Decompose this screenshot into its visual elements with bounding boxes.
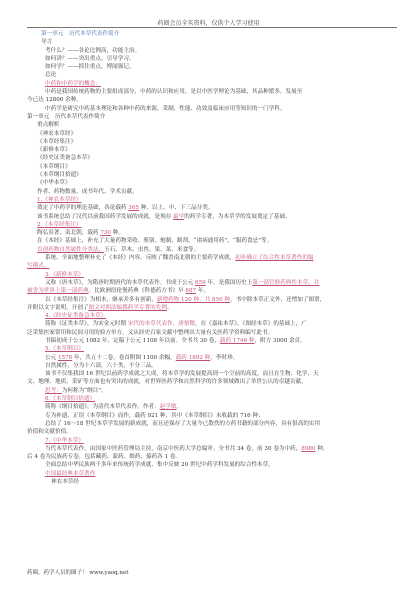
intro-item: 考什么？——各论比例高，功能主治。 xyxy=(27,47,397,55)
page-header: 药圈会员全买资料，仅供个人学习使用 xyxy=(0,18,417,27)
intro-label: 导言 xyxy=(27,38,397,46)
book-item: 《经史证类备急本草》 xyxy=(27,154,397,162)
page-footer: 药圈，药学人员的圈子！ www.yaoq.net xyxy=(27,568,128,576)
highlight: 659 xyxy=(195,280,206,286)
highlight: 365 xyxy=(128,205,139,211)
text: 年。 xyxy=(196,288,209,294)
highlight: 1578 xyxy=(58,355,72,361)
text: 的药学专著，为本草学的发展奠定了基础。 xyxy=(184,214,290,220)
highlight: 被誉为世界上第一部药典 xyxy=(27,288,89,294)
highlight: 第一部官修药典性本草，并 xyxy=(252,280,319,286)
general-label: 总论 xyxy=(27,71,397,79)
document-body: 第一单元 历代本草代表作简介 导言 考什么？——各论比例高，功能主治。 如何讲？… xyxy=(27,30,397,486)
text: ，李时珍。 xyxy=(210,355,238,361)
text: 陶弘景著，南北朝，载药 xyxy=(37,230,100,236)
section-title[interactable]: 5.《本草纲目》 xyxy=(45,346,84,352)
text: ，书中除本草正文外，还增加了图谱， xyxy=(230,297,325,303)
classics-title[interactable]: 中国最经典本草著作 xyxy=(45,471,95,477)
highlight: 初步确立了综合性本草著作的编 xyxy=(235,255,313,261)
section-title[interactable]: 3.《新修本草》 xyxy=(45,272,84,278)
text: 自然属性，分为十六部，六十类，不分三品。 xyxy=(27,362,397,370)
text: 书稿初成于公元 1082 年，定稿于公元 1108 年以前。全书共 30 卷， xyxy=(45,338,220,344)
section-title[interactable]: 7.《中华本草》 xyxy=(45,438,84,444)
text: 简称《证类本草》，为宋金元时期 xyxy=(45,321,128,327)
unit-title: 第一单元 历代本草代表作简介 xyxy=(27,113,397,121)
header-divider xyxy=(27,27,397,28)
highlight: 载药 1892 种 xyxy=(176,355,211,361)
highlight: 写模式。 xyxy=(27,263,49,269)
section-title[interactable]: 2.《本草经集注》 xyxy=(37,222,82,228)
text: 年，共五十二卷，卷首附图 1100 余幅， xyxy=(72,355,175,361)
highlight: 图文对照法编撰药学专著的先例 xyxy=(89,305,167,311)
highlight: 首创药物自然属性分类法， xyxy=(37,247,104,253)
section-title[interactable]: 1.《神农本草经》 xyxy=(37,197,82,203)
text: 种，以上、中、下三品分类。 xyxy=(139,205,214,211)
text: 全面总结中华民族两千多年来传统药学成就，集中反映 20 世纪中药学科发展的综合性… xyxy=(27,461,397,469)
aspects: 作者、药物数量、成书年代、学术贡献。 xyxy=(27,188,397,196)
highlight: 思考： xyxy=(45,388,62,394)
text: 为何称为“纲目”。 xyxy=(62,388,107,394)
text: 系统、全面地整理补充了《本经》内容，反映了魏晋南北朝的主要药学成就， xyxy=(45,255,235,261)
section-title[interactable]: 4.《经史证类备急本草》 xyxy=(45,313,106,319)
text: 。比欧洲纽伦堡药典《科德药方书》早 xyxy=(89,288,186,294)
intro-item: 如何学？——抓住重点，博闻强记。 xyxy=(27,63,397,71)
text: 奠定了中药学的理论基础，各论载药 xyxy=(37,205,128,211)
highlight: 赵学敏 xyxy=(160,404,177,410)
key-label: 重点解析 xyxy=(27,121,397,129)
text: ，附方 3000 余首。 xyxy=(255,338,306,344)
unit-heading: 第一单元 历代本草代表作简介 xyxy=(27,30,397,38)
text: 价值和文献价值。 xyxy=(27,428,397,436)
text: 泛采集医家常用和民间习用的验方单方，又从经史百家文献中整理出大量有关医药学资料编… xyxy=(27,329,397,337)
text: 该书系统总结了汉代以前我国药学发展的成就，是现存 xyxy=(37,214,173,220)
text: 。 xyxy=(176,404,182,410)
text: 又称《唐本草》，为隋唐时期唐代的本草代表作。书成于公元 xyxy=(45,280,195,286)
text: 种， xyxy=(316,446,329,452)
text: 专为补遗、正误《本草纲目》而作，载药 921 种，其中《本草纲目》未收载的 71… xyxy=(27,412,397,420)
concept-link[interactable]: 中药和中药学的概念： xyxy=(45,81,101,87)
highlight: 新增药物 120 种，共 850 种 xyxy=(157,297,230,303)
highlight: 887 xyxy=(185,288,196,294)
paragraph: 今已达 12800 余种。 xyxy=(27,96,397,104)
book-item: 《神农本草经》 xyxy=(27,130,397,138)
text: 后 4 卷为民族药专卷，包括藏药、蒙药、维药、傣药各 1 卷。 xyxy=(27,453,397,461)
book-item: 《新修本草》 xyxy=(27,146,397,154)
text: 。在《嘉祐本草》、《图经本草》的基础上，广 xyxy=(195,321,307,327)
highlight: 宋代的本草代表作，唐慎微 xyxy=(128,321,195,327)
book-item: 《中华本草》 xyxy=(27,179,397,187)
text: 公元 xyxy=(45,355,58,361)
text: 年，是我国历史上 xyxy=(206,280,253,286)
text: 文、地理、地质、采矿等方面也有突出的成就，对世界医药学和自然科学的许多领域做出了… xyxy=(27,378,397,386)
classic-item: 神农本草经 xyxy=(27,478,397,486)
text: 以《本草经集注》为相本，继承并多有创新， xyxy=(45,297,157,303)
book-item: 《本草经集注》 xyxy=(27,138,397,146)
highlight: 8980 xyxy=(301,446,315,452)
paragraph: 中药是我国传统药物的主要组成部分，中药的认识和应用，是以中医学理论为基础，其品种… xyxy=(27,88,397,96)
text: 总结了 16～18 世纪本草学发展的新成就，而且还保存了大量今已散佚的方药书籍的… xyxy=(27,420,397,428)
highlight: 最早 xyxy=(173,214,184,220)
text: 并附以文字说明，开创了 xyxy=(27,305,89,311)
book-item: 《本草纲目》 xyxy=(27,163,397,171)
text: 当代本草代表作，由国家中医药管理局主持，南京中医药大学总编审。全书共 34 卷，… xyxy=(45,446,301,452)
highlight: 730 xyxy=(100,230,111,236)
highlight: 载药 1746 种 xyxy=(220,338,255,344)
text: 种。 xyxy=(111,230,124,236)
text: 该书不仅集我国 16 世纪以前药学成就之大成，将本草学的发展提高到一个空前的高度… xyxy=(27,370,397,378)
intro-item: 如何讲？——突出重点，引导学习。 xyxy=(27,55,397,63)
text: 玉石、草木、虫兽、果、菜、米食等。 xyxy=(104,247,199,253)
text: 在《本经》基础上，补充了大量药物采收、鉴别、炮制、制剂、“诸病通用药”、“服药食… xyxy=(27,237,397,245)
text: 简称《纲目拾遗》，为清代本草代表作。作者： xyxy=(45,404,160,410)
paragraph: 中药学是研究中药基本理论和各种中药的来源、采制、性能、功效及临床应用等知识的一门… xyxy=(27,105,397,113)
section-title[interactable]: 6.《本草纲目拾遗》 xyxy=(45,396,95,402)
book-item: 《本草纲目拾遗》 xyxy=(27,171,397,179)
text: 。 xyxy=(167,305,173,311)
